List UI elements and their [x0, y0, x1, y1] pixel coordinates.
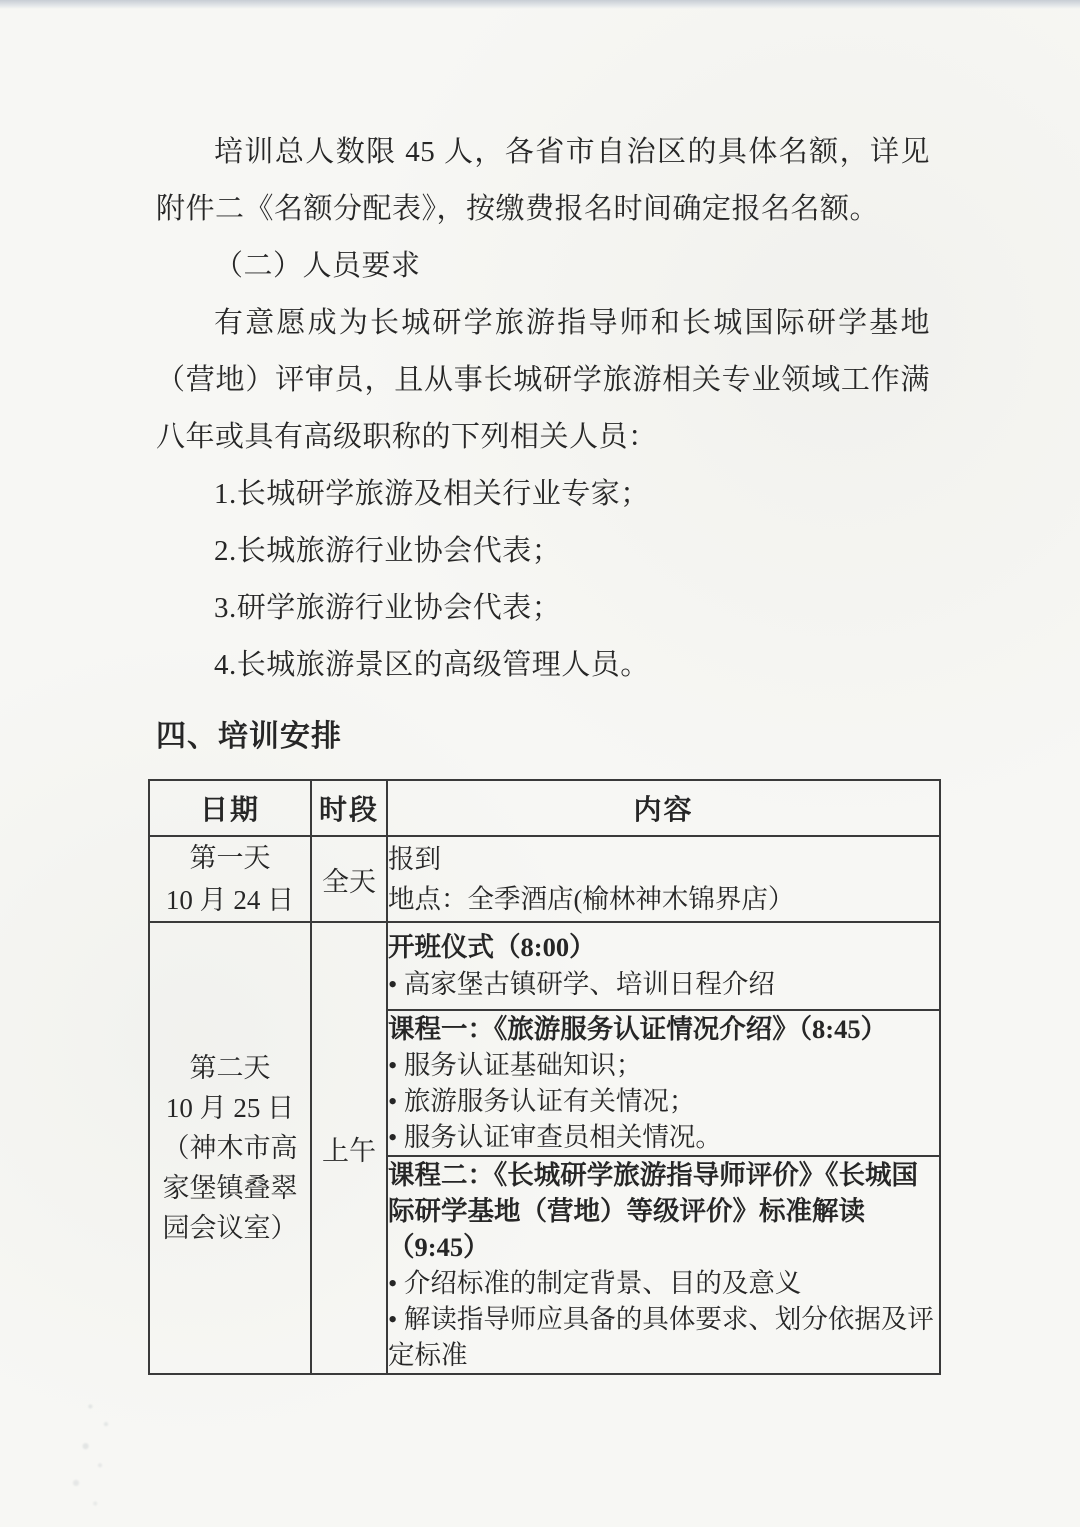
header-date: 日期: [149, 780, 311, 836]
scan-edge-shadow: [0, 0, 1080, 9]
day2-label: 第二天: [150, 1048, 310, 1088]
session1-title: 开班仪式（8:00）: [388, 929, 939, 966]
subsection-heading-personnel: （二）人员要求: [156, 238, 930, 295]
session2-title: 课程一：《旅游服务认证情况介绍》（8:45）: [388, 1011, 939, 1047]
document-body: 培训总人数限 45 人，各省市自治区的具体名额，详见附件二《名额分配表》，按缴费…: [156, 124, 930, 1375]
scan-speckle-artifact: [40, 1380, 160, 1527]
day1-label: 第一天: [150, 837, 310, 879]
day1-content-cell: 报到 地点：全季酒店(榆林神木锦界店）: [387, 836, 940, 922]
day1-content-line-2: 地点：全季酒店(榆林神木锦界店）: [388, 879, 939, 919]
day1-content-line-1: 报到: [388, 839, 939, 879]
header-period: 时段: [311, 780, 387, 836]
day2-period-cell: 上午: [311, 922, 387, 1374]
day2-date-cell: 第二天 10 月 25 日 （神木市高家堡镇叠翠园会议室）: [149, 922, 311, 1374]
day2-date: 10 月 25 日: [150, 1088, 310, 1128]
schedule-row-day1: 第一天 10 月 24 日 全天 报到 地点：全季酒店(榆林神木锦界店）: [149, 836, 940, 922]
paragraph-requirements: 有意愿成为长城研学旅游指导师和长城国际研学基地（营地）评审员，且从事长城研学旅游…: [156, 295, 930, 466]
day2-venue: （神木市高家堡镇叠翠园会议室）: [150, 1128, 310, 1248]
session2-cell: 课程一：《旅游服务认证情况介绍》（8:45） • 服务认证基础知识； • 旅游服…: [387, 1010, 940, 1156]
session3-bullet-1: • 介绍标准的制定背景、目的及意义: [388, 1265, 939, 1301]
session1-cell: 开班仪式（8:00） • 高家堡古镇研学、培训日程介绍: [387, 922, 940, 1010]
session1-bullet-1: • 高家堡古镇研学、培训日程介绍: [388, 966, 939, 1003]
training-schedule-table: 日期 时段 内容 第一天 10 月 24 日 全天 报到 地点：全季酒店(榆林神…: [148, 779, 941, 1375]
schedule-row-day2-session1: 第二天 10 月 25 日 （神木市高家堡镇叠翠园会议室） 上午 开班仪式（8:…: [149, 922, 940, 1010]
session2-bullet-3: • 服务认证审查员相关情况。: [388, 1119, 939, 1155]
header-content: 内容: [387, 780, 940, 836]
session3-bullet-2: • 解读指导师应具备的具体要求、划分依据及评定标准: [388, 1301, 939, 1373]
requirement-item-4: 4.长城旅游景区的高级管理人员。: [156, 637, 930, 694]
scanned-document-page: 培训总人数限 45 人，各省市自治区的具体名额，详见附件二《名额分配表》，按缴费…: [0, 0, 1080, 1527]
schedule-header-row: 日期 时段 内容: [149, 780, 940, 836]
requirement-item-3: 3.研学旅游行业协会代表；: [156, 580, 930, 637]
session3-title: 课程二：《长城研学旅游指导师评价》《长城国际研学基地（营地）等级评价》标准解读（…: [388, 1157, 939, 1265]
section-heading-schedule: 四、培训安排: [156, 708, 930, 766]
session2-bullet-2: • 旅游服务认证有关情况；: [388, 1083, 939, 1119]
day1-date: 10 月 24 日: [150, 879, 310, 921]
paragraph-quota: 培训总人数限 45 人，各省市自治区的具体名额，详见附件二《名额分配表》，按缴费…: [156, 124, 930, 238]
day1-period-cell: 全天: [311, 836, 387, 922]
requirement-item-1: 1.长城研学旅游及相关行业专家；: [156, 466, 930, 523]
session3-cell: 课程二：《长城研学旅游指导师评价》《长城国际研学基地（营地）等级评价》标准解读（…: [387, 1156, 940, 1374]
day1-date-cell: 第一天 10 月 24 日: [149, 836, 311, 922]
session2-bullet-1: • 服务认证基础知识；: [388, 1047, 939, 1083]
requirement-item-2: 2.长城旅游行业协会代表；: [156, 523, 930, 580]
